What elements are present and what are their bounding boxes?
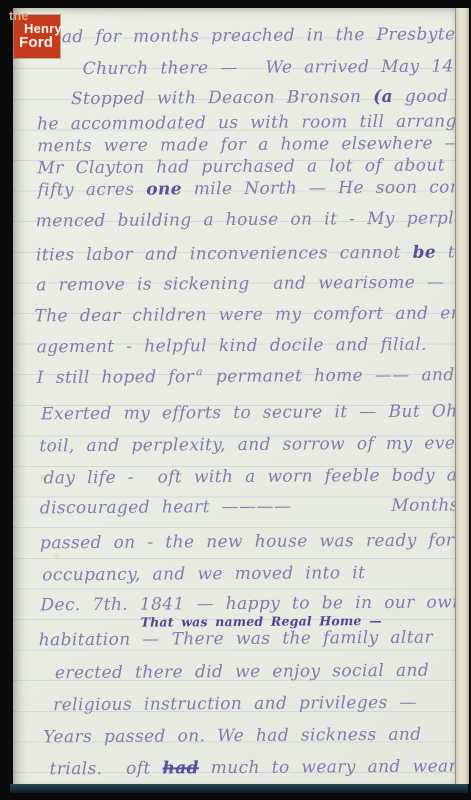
manuscript-line-14: Exerted my efforts to secure it — But Oh… [41,401,455,425]
manuscript-line-15: toil, and perplexity, and sorrow of my e… [39,433,455,457]
manuscript-text: had for months preached in the Presbyter… [13,8,455,784]
manuscript-line-9: ities labor and inconveniences cannot be… [36,242,455,266]
photo-frame: had for months preached in the Presbyter… [0,0,471,800]
manuscript-line-18: passed on - the new house was ready for [40,530,454,554]
manuscript-line-19: occupancy, and we moved into it [42,563,365,587]
manuscript-line-22: habitation — There was the family altar [39,628,433,652]
logo-ford-label: Ford [19,35,53,50]
manuscript-page: had for months preached in the Presbyter… [13,8,455,784]
page-bottom-edge [10,784,468,793]
manuscript-line-2: Church there — We arrived May 14th We [83,56,455,80]
manuscript-line-24: religious instruction and privileges — [53,693,417,717]
manuscript-line-13: I still hoped fora permanet home —— and [37,363,455,389]
manuscript-line-26: trials. oft had much to weary and wear [50,756,455,780]
manuscript-line-25: Years passed on. We had sickness and [43,725,421,749]
manuscript-line-11: The dear children were my comfort and en… [34,303,455,328]
henry-ford-logo: the Henry Ford [4,6,62,58]
page-fore-edge [455,8,469,784]
manuscript-line-7: fifty acres one mile North — He soon com [37,177,455,201]
manuscript-line-6: Mr Clayton had purchased a lot of about [37,156,445,180]
manuscript-line-4: he accommodated us with room till arrang… [37,111,455,135]
manuscript-line-16: day life - oft with a worn feeble body a… [44,465,455,489]
logo-the-label: the [9,9,29,23]
manuscript-line-1: had for months preached in the Presbyter… [50,24,455,48]
manuscript-line-8: menced building a house on it - My perpl… [36,208,455,232]
manuscript-line-10: a remove is sickening and wearisome — [36,273,444,297]
manuscript-line-17: discouraged heart ————Months✖ [40,495,455,519]
manuscript-line-5: ments were made for a home elsewhere — [37,133,455,157]
manuscript-line-12: agement - helpful kind docile and filial… [37,335,427,359]
manuscript-line-3: Stopped with Deacon Bronson (a good kind… [71,86,455,111]
manuscript-line-23: erected there did we enjoy social and [55,661,429,685]
